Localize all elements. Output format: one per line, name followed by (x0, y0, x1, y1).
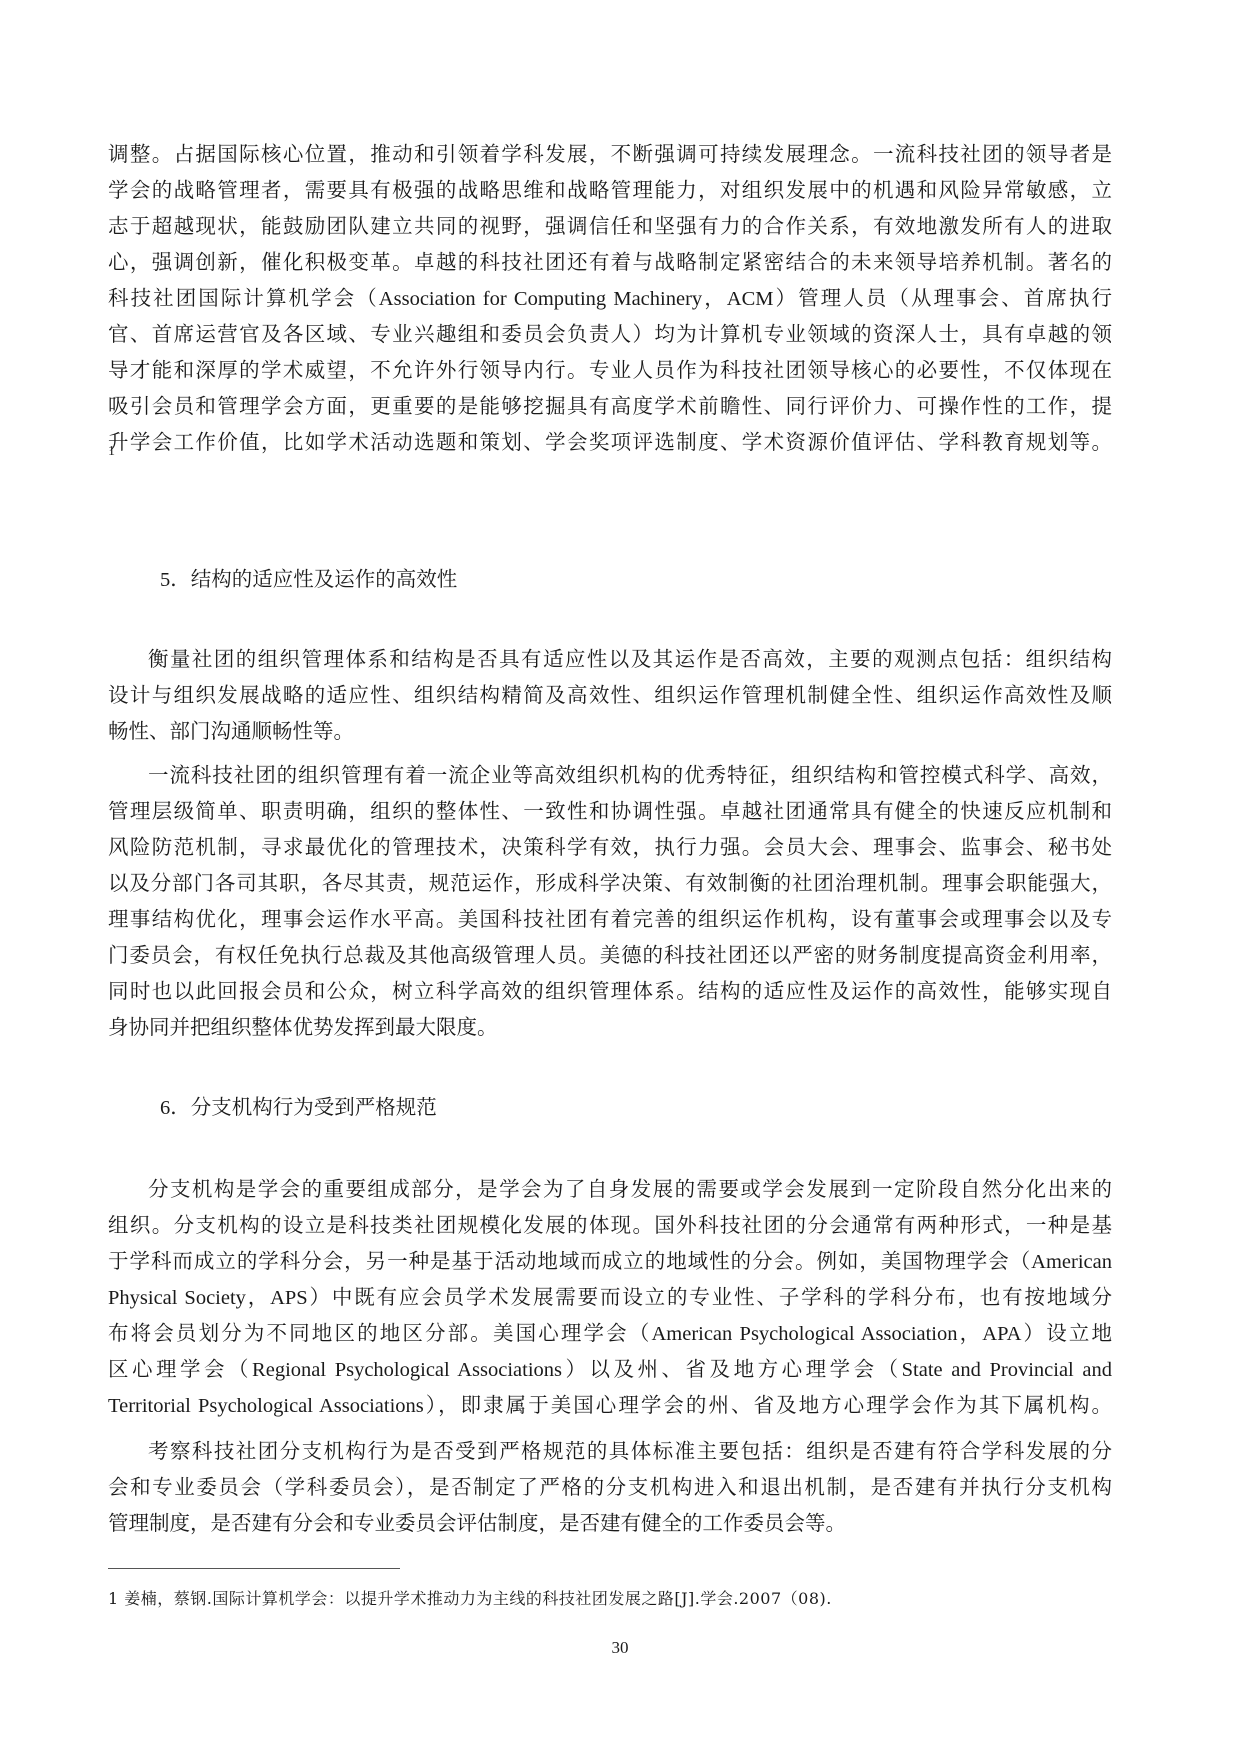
text-line: 管理制度，是否建有分会和专业委员会评估制度，是否建有健全的工作委员会等。 (108, 1510, 1112, 1538)
text-line: 畅性、部门沟通顺畅性等。 (108, 718, 1112, 746)
text-line: Physical Society，APS）中既有应会员学术发展需要而设立的专业性… (108, 1284, 1112, 1312)
text-line: 组织。分支机构的设立是科技类社团规模化发展的体现。国外科技社团的分会通常有两种形… (108, 1212, 1112, 1240)
text-line: 衡量社团的组织管理体系和结构是否具有适应性以及其运作是否高效，主要的观测点包括：… (148, 646, 1112, 674)
text-line: 升学会工作价值，比如学术活动选题和策划、学会奖项评选制度、学术资源价值评估、学科… (108, 429, 1112, 457)
text-line: 身协同并把组织整体优势发挥到最大限度。 (108, 1014, 1112, 1042)
text-line: 分支机构是学会的重要组成部分，是学会为了自身发展的需要或学会发展到一定阶段自然分… (148, 1176, 1112, 1204)
text-line: 心，强调创新，催化积极变革。卓越的科技社团还有着与战略制定紧密结合的未来领导培养… (108, 249, 1112, 277)
text-line: 会和专业委员会（学科委员会），是否制定了严格的分支机构进入和退出机制，是否建有并… (108, 1474, 1112, 1502)
text-line: 吸引会员和管理学会方面，更重要的是能够挖掘具有高度学术前瞻性、同行评价力、可操作… (108, 393, 1112, 421)
footnote-1: 1 姜楠，蔡钢.国际计算机学会：以提升学术推动力为主线的科技社团发展之路[J].… (108, 1589, 832, 1609)
section-heading-6: 6．分支机构行为受到严格规范 (160, 1094, 437, 1122)
footnote-reference[interactable]: 1 (108, 444, 115, 460)
text-line: 学会的战略管理者，需要具有极强的战略思维和战略管理能力，对组织发展中的机遇和风险… (108, 177, 1112, 205)
text-line: 同时也以此回报会员和公众，树立科学高效的组织管理体系。结构的适应性及运作的高效性… (108, 978, 1112, 1006)
text-line: 导才能和深厚的学术威望，不允许外行领导内行。专业人员作为科技社团领导核心的必要性… (108, 357, 1112, 385)
text-line: 于学科而成立的学科分会，另一种是基于活动地域而成立的地域性的分会。例如，美国物理… (108, 1248, 1112, 1276)
text-line: 一流科技社团的组织管理有着一流企业等高效组织机构的优秀特征，组织结构和管控模式科… (148, 762, 1112, 790)
page-number: 30 (0, 1638, 1240, 1658)
text-line: 设计与组织发展战略的适应性、组织结构精简及高效性、组织运作管理机制健全性、组织运… (108, 682, 1112, 710)
text-line: 门委员会，有权任免执行总裁及其他高级管理人员。美德的科技社团还以严密的财务制度提… (108, 942, 1112, 970)
text-line: 考察科技社团分支机构行为是否受到严格规范的具体标准主要包括：组织是否建有符合学科… (148, 1438, 1112, 1466)
text-line: 布将会员划分为不同地区的地区分部。美国心理学会（American Psychol… (108, 1320, 1112, 1348)
text-line: 官、首席运营官及各区域、专业兴趣组和委员会负责人）均为计算机专业领域的资深人士，… (108, 321, 1112, 349)
footnote-divider (108, 1568, 400, 1569)
text-line: Territorial Psychological Associations），… (108, 1392, 1112, 1420)
text-line: 调整。占据国际核心位置，推动和引领着学科发展，不断强调可持续发展理念。一流科技社… (108, 141, 1112, 169)
text-line: 科技社团国际计算机学会（Association for Computing Ma… (108, 285, 1112, 313)
document-page: 调整。占据国际核心位置，推动和引领着学科发展，不断强调可持续发展理念。一流科技社… (0, 0, 1240, 1753)
section-heading-5: 5．结构的适应性及运作的高效性 (160, 566, 457, 594)
text-line: 以及分部门各司其职，各尽其责，规范运作，形成科学决策、有效制衡的社团治理机制。理… (108, 870, 1112, 898)
text-line: 风险防范机制，寻求最优化的管理技术，决策科学有效，执行力强。会员大会、理事会、监… (108, 834, 1112, 862)
text-line: 理事结构优化，理事会运作水平高。美国科技社团有着完善的组织运作机构，设有董事会或… (108, 906, 1112, 934)
text-line: 管理层级简单、职责明确，组织的整体性、一致性和协调性强。卓越社团通常具有健全的快… (108, 798, 1112, 826)
text-line: 区心理学会（Regional Psychological Association… (108, 1356, 1112, 1384)
text-line: 志于超越现状，能鼓励团队建立共同的视野，强调信任和坚强有力的合作关系，有效地激发… (108, 213, 1112, 241)
